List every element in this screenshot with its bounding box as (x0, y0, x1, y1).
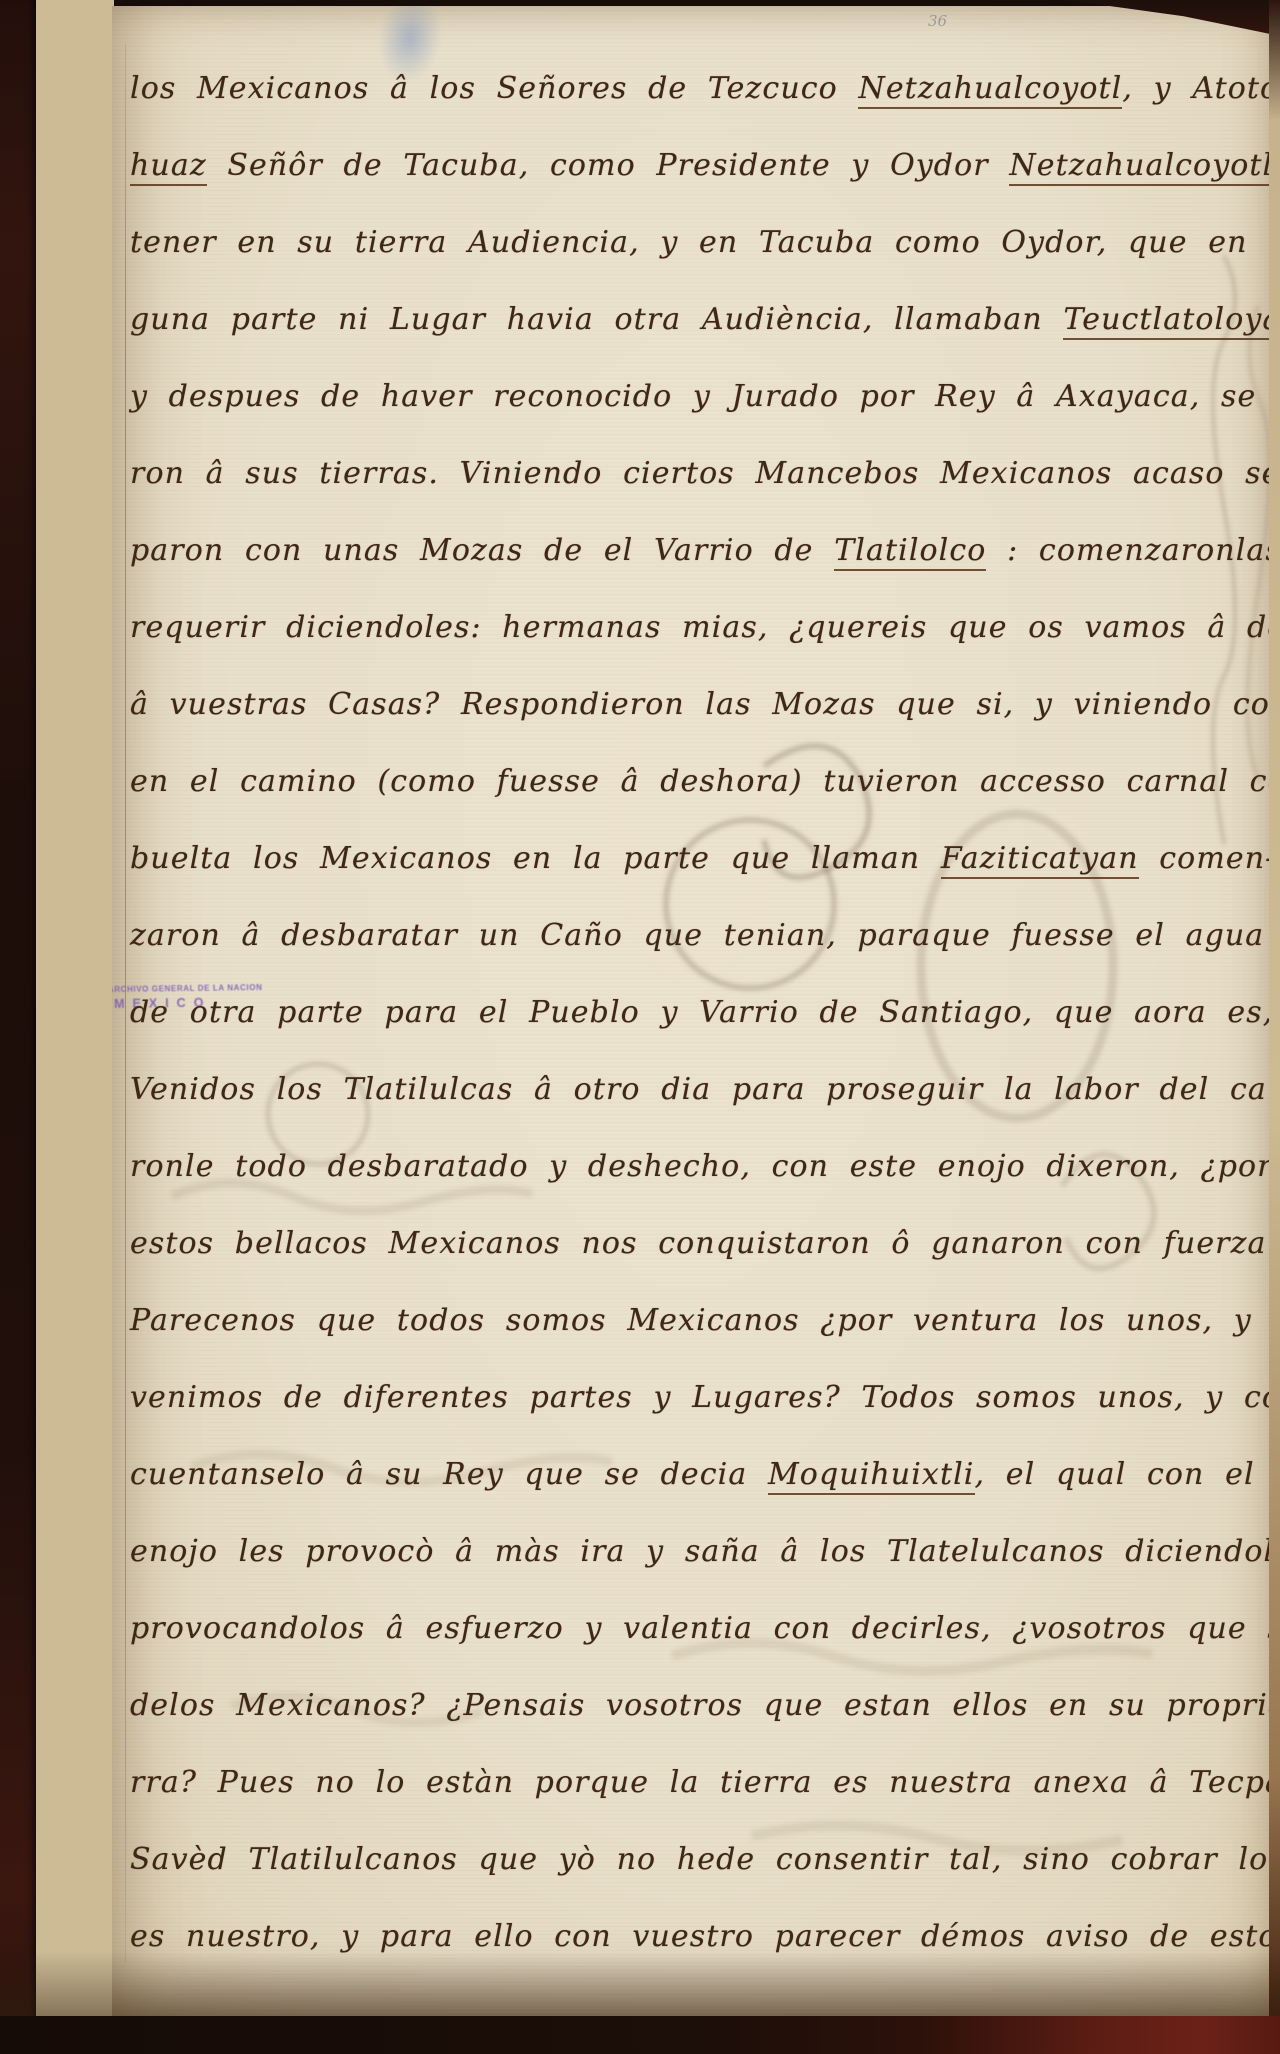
manuscript-lines: los Mexicanos â los Señores de Tezcuco N… (130, 50, 1272, 1975)
book-cover-bottom-edge (0, 2016, 1280, 2054)
manuscript-photo: 36 ARCHIVO GENERAL DE LA NACION MEXIC (0, 0, 1280, 2054)
manuscript-line: guna parte ni Lugar havia otra Audiència… (130, 281, 1272, 358)
manuscript-line: Parecenos que todos somos Mexicanos ¿por… (130, 1282, 1272, 1359)
stacked-page-edges (36, 0, 114, 2054)
manuscript-line: enojo les provocò â màs ira y saña â los… (130, 1513, 1272, 1590)
manuscript-line: rra? Pues no lo estàn porque la tierra e… (130, 1744, 1272, 1821)
manuscript-line: paron con unas Mozas de el Varrio de Tla… (130, 512, 1272, 589)
manuscript-line: Savèd Tlatilulcanos que yò no hede conse… (130, 1821, 1272, 1898)
manuscript-line: es nuestro, y para ello con vuestro pare… (130, 1898, 1272, 1975)
manuscript-line: venimos de diferentes partes y Lugares? … (130, 1359, 1272, 1436)
manuscript-line: ron â sus tierras. Viniendo ciertos Manc… (130, 435, 1272, 512)
manuscript-line: buelta los Mexicanos en la parte que lla… (130, 820, 1272, 897)
manuscript-line: estos bellacos Mexicanos nos conquistaro… (130, 1205, 1272, 1282)
manuscript-line: ronle todo desbaratado y deshecho, con e… (130, 1128, 1272, 1205)
manuscript-line: tener en su tierra Audiencia, y en Tacub… (130, 204, 1272, 281)
manuscript-line: provocandolos â esfuerzo y valentia con … (130, 1590, 1272, 1667)
manuscript-line: â vuestras Casas? Respondieron las Mozas… (130, 666, 1272, 743)
manuscript-line: Venidos los Tlatilulcas â otro dia para … (130, 1051, 1272, 1128)
manuscript-line: los Mexicanos â los Señores de Tezcuco N… (130, 50, 1272, 127)
manuscript-line: huaz Señôr de Tacuba, como Presidente y … (130, 127, 1272, 204)
manuscript-page: 36 ARCHIVO GENERAL DE LA NACION MEXIC (112, 6, 1272, 2016)
manuscript-line: en el camino (como fuesse â deshora) tuv… (130, 743, 1272, 820)
manuscript-line: requerir diciendoles: hermanas mias, ¿qu… (130, 589, 1272, 666)
manuscript-line: cuentanselo â su Rey que se decia Moquih… (130, 1436, 1272, 1513)
book-cover-left-edge (0, 0, 36, 2054)
manuscript-line: delos Mexicanos? ¿Pensais vosotros que e… (130, 1667, 1272, 1744)
manuscript-line: zaron â desbaratar un Caño que tenian, p… (130, 897, 1272, 974)
manuscript-line: y despues de haver reconocido y Jurado p… (130, 358, 1272, 435)
manuscript-line: de otra parte para el Pueblo y Varrio de… (130, 974, 1272, 1051)
page-stack-right-edge (1269, 0, 1280, 2020)
